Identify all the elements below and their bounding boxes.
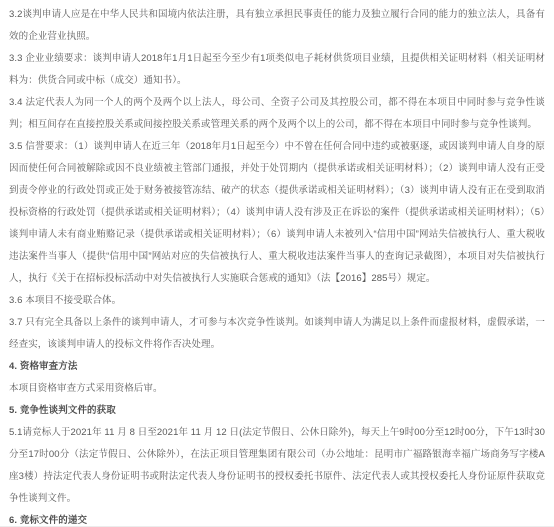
section-5-heading: 5. 竞争性谈判文件的获取	[9, 400, 545, 422]
clause-3-2: 3.2谈判申请人应是在中华人民共和国境内依法注册，具有独立承担民事责任的能力及独…	[9, 4, 545, 48]
clause-3-7: 3.7 只有完全具备以上条件的谈判申请人，才可参与本次竞争性谈判。如谈判申请人为…	[9, 312, 545, 356]
section-4-body: 本项目资格审查方式采用资格后审。	[9, 378, 545, 400]
section-6-heading: 6. 竞标文件的递交	[9, 510, 545, 527]
clause-3-4: 3.4 法定代表人为同一个人的两个及两个以上法人，母公司、全资子公司及其控股公司…	[9, 92, 545, 136]
section-4-heading: 4. 资格审查方法	[9, 356, 545, 378]
clause-3-5: 3.5 信誉要求：（1）谈判申请人在近三年（2018年月1日起至今）中不曾在任何…	[9, 136, 545, 290]
clause-5-1: 5.1请竞标人于2021年 11 月 8 日至2021年 11 月 12 日(法…	[9, 422, 545, 510]
clause-3-6: 3.6 本项目不接受联合体。	[9, 290, 545, 312]
clause-3-3: 3.3 企业业绩要求：谈判申请人2018年1月1日起至今至少有1项类似电子耗材供…	[9, 48, 545, 92]
document-page: 3.2谈判申请人应是在中华人民共和国境内依法注册，具有独立承担民事责任的能力及独…	[0, 0, 554, 527]
